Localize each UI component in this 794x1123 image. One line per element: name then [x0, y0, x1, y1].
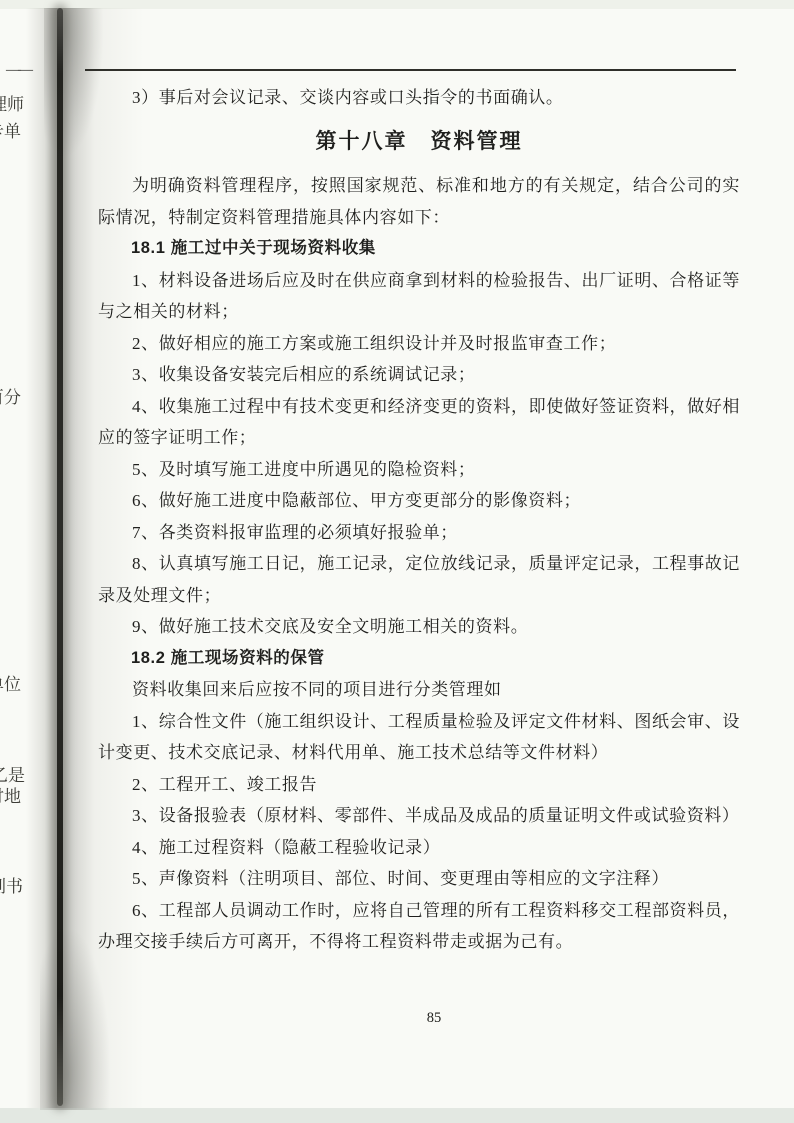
margin-fragment: 百分	[0, 383, 21, 408]
list-item: 8、认真填写施工日记，施工记录，定位放线记录，质量评定记录，工程事故记录及处理文…	[98, 548, 740, 611]
list-item: 4、施工过程资料（隐蔽工程验收记录）	[98, 832, 740, 864]
book-spine-shadow-top	[44, 8, 104, 158]
margin-fragment-dash: ——	[6, 62, 30, 79]
margin-fragment: 卡单	[0, 117, 21, 142]
list-item: 1、材料设备进场后应及时在供应商拿到材料的检验报告、出厂证明、合格证等与之相关的…	[98, 265, 740, 328]
section-heading-18-1: 18.1 施工过中关于现场资料收集	[98, 233, 740, 265]
list-item: 2、工程开工、竣工报告	[98, 769, 740, 801]
list-item: 7、各类资料报审监理的必须填好报验单；	[98, 517, 740, 549]
scanner-edge-bottom	[0, 1108, 794, 1123]
body-paragraph: 3）事后对会议记录、交谈内容或口头指令的书面确认。	[98, 82, 740, 114]
body-paragraph: 为明确资料管理程序，按照国家规范、标准和地方的有关规定，结合公司的实际情况，特制…	[98, 170, 740, 233]
section-heading-18-2: 18.2 施工现场资料的保管	[98, 643, 740, 675]
body-paragraph: 资料收集回来后应按不同的项目进行分类管理如	[98, 674, 740, 706]
list-item: 1、综合性文件（施工组织设计、工程质量检验及评定文件材料、图纸会审、设计变更、技…	[98, 706, 740, 769]
list-item: 5、及时填写施工进度中所遇见的隐检资料；	[98, 454, 740, 486]
list-item: 9、做好施工技术交底及安全文明施工相关的资料。	[98, 611, 740, 643]
list-item: 3、收集设备安装完后相应的系统调试记录；	[98, 359, 740, 391]
list-item: 2、做好相应的施工方案或施工组织设计并及时报监审查工作；	[98, 328, 740, 360]
scanned-page: —— 理师 卡单 百分 单位 乙是 时地 划书 3）事后对会议记录、交谈内容或口…	[0, 0, 794, 1123]
margin-fragment: 单位	[0, 670, 21, 695]
list-item: 4、收集施工过程中有技术变更和经济变更的资料，即使做好签证资料，做好相应的签字证…	[98, 391, 740, 454]
margin-fragment: 时地	[0, 782, 21, 807]
page-text-column: 3）事后对会议记录、交谈内容或口头指令的书面确认。 第十八章 资料管理 为明确资…	[98, 82, 740, 958]
header-rule	[85, 69, 736, 71]
list-item: 5、声像资料（注明项目、部位、时间、变更理由等相应的文字注释）	[98, 863, 740, 895]
book-spine-line	[57, 8, 63, 1106]
list-item: 6、工程部人员调动工作时，应将自己管理的所有工程资料移交工程部资料员，办理交接手…	[98, 895, 740, 958]
chapter-heading: 第十八章 资料管理	[98, 114, 740, 171]
margin-fragment: 划书	[0, 872, 23, 897]
list-item: 6、做好施工进度中隐蔽部位、甲方变更部分的影像资料；	[98, 485, 740, 517]
margin-fragment: 理师	[0, 90, 24, 115]
list-item: 3、设备报验表（原材料、零部件、半成品及成品的质量证明文件或试验资料）	[98, 800, 740, 832]
page-number: 85	[420, 1010, 448, 1027]
